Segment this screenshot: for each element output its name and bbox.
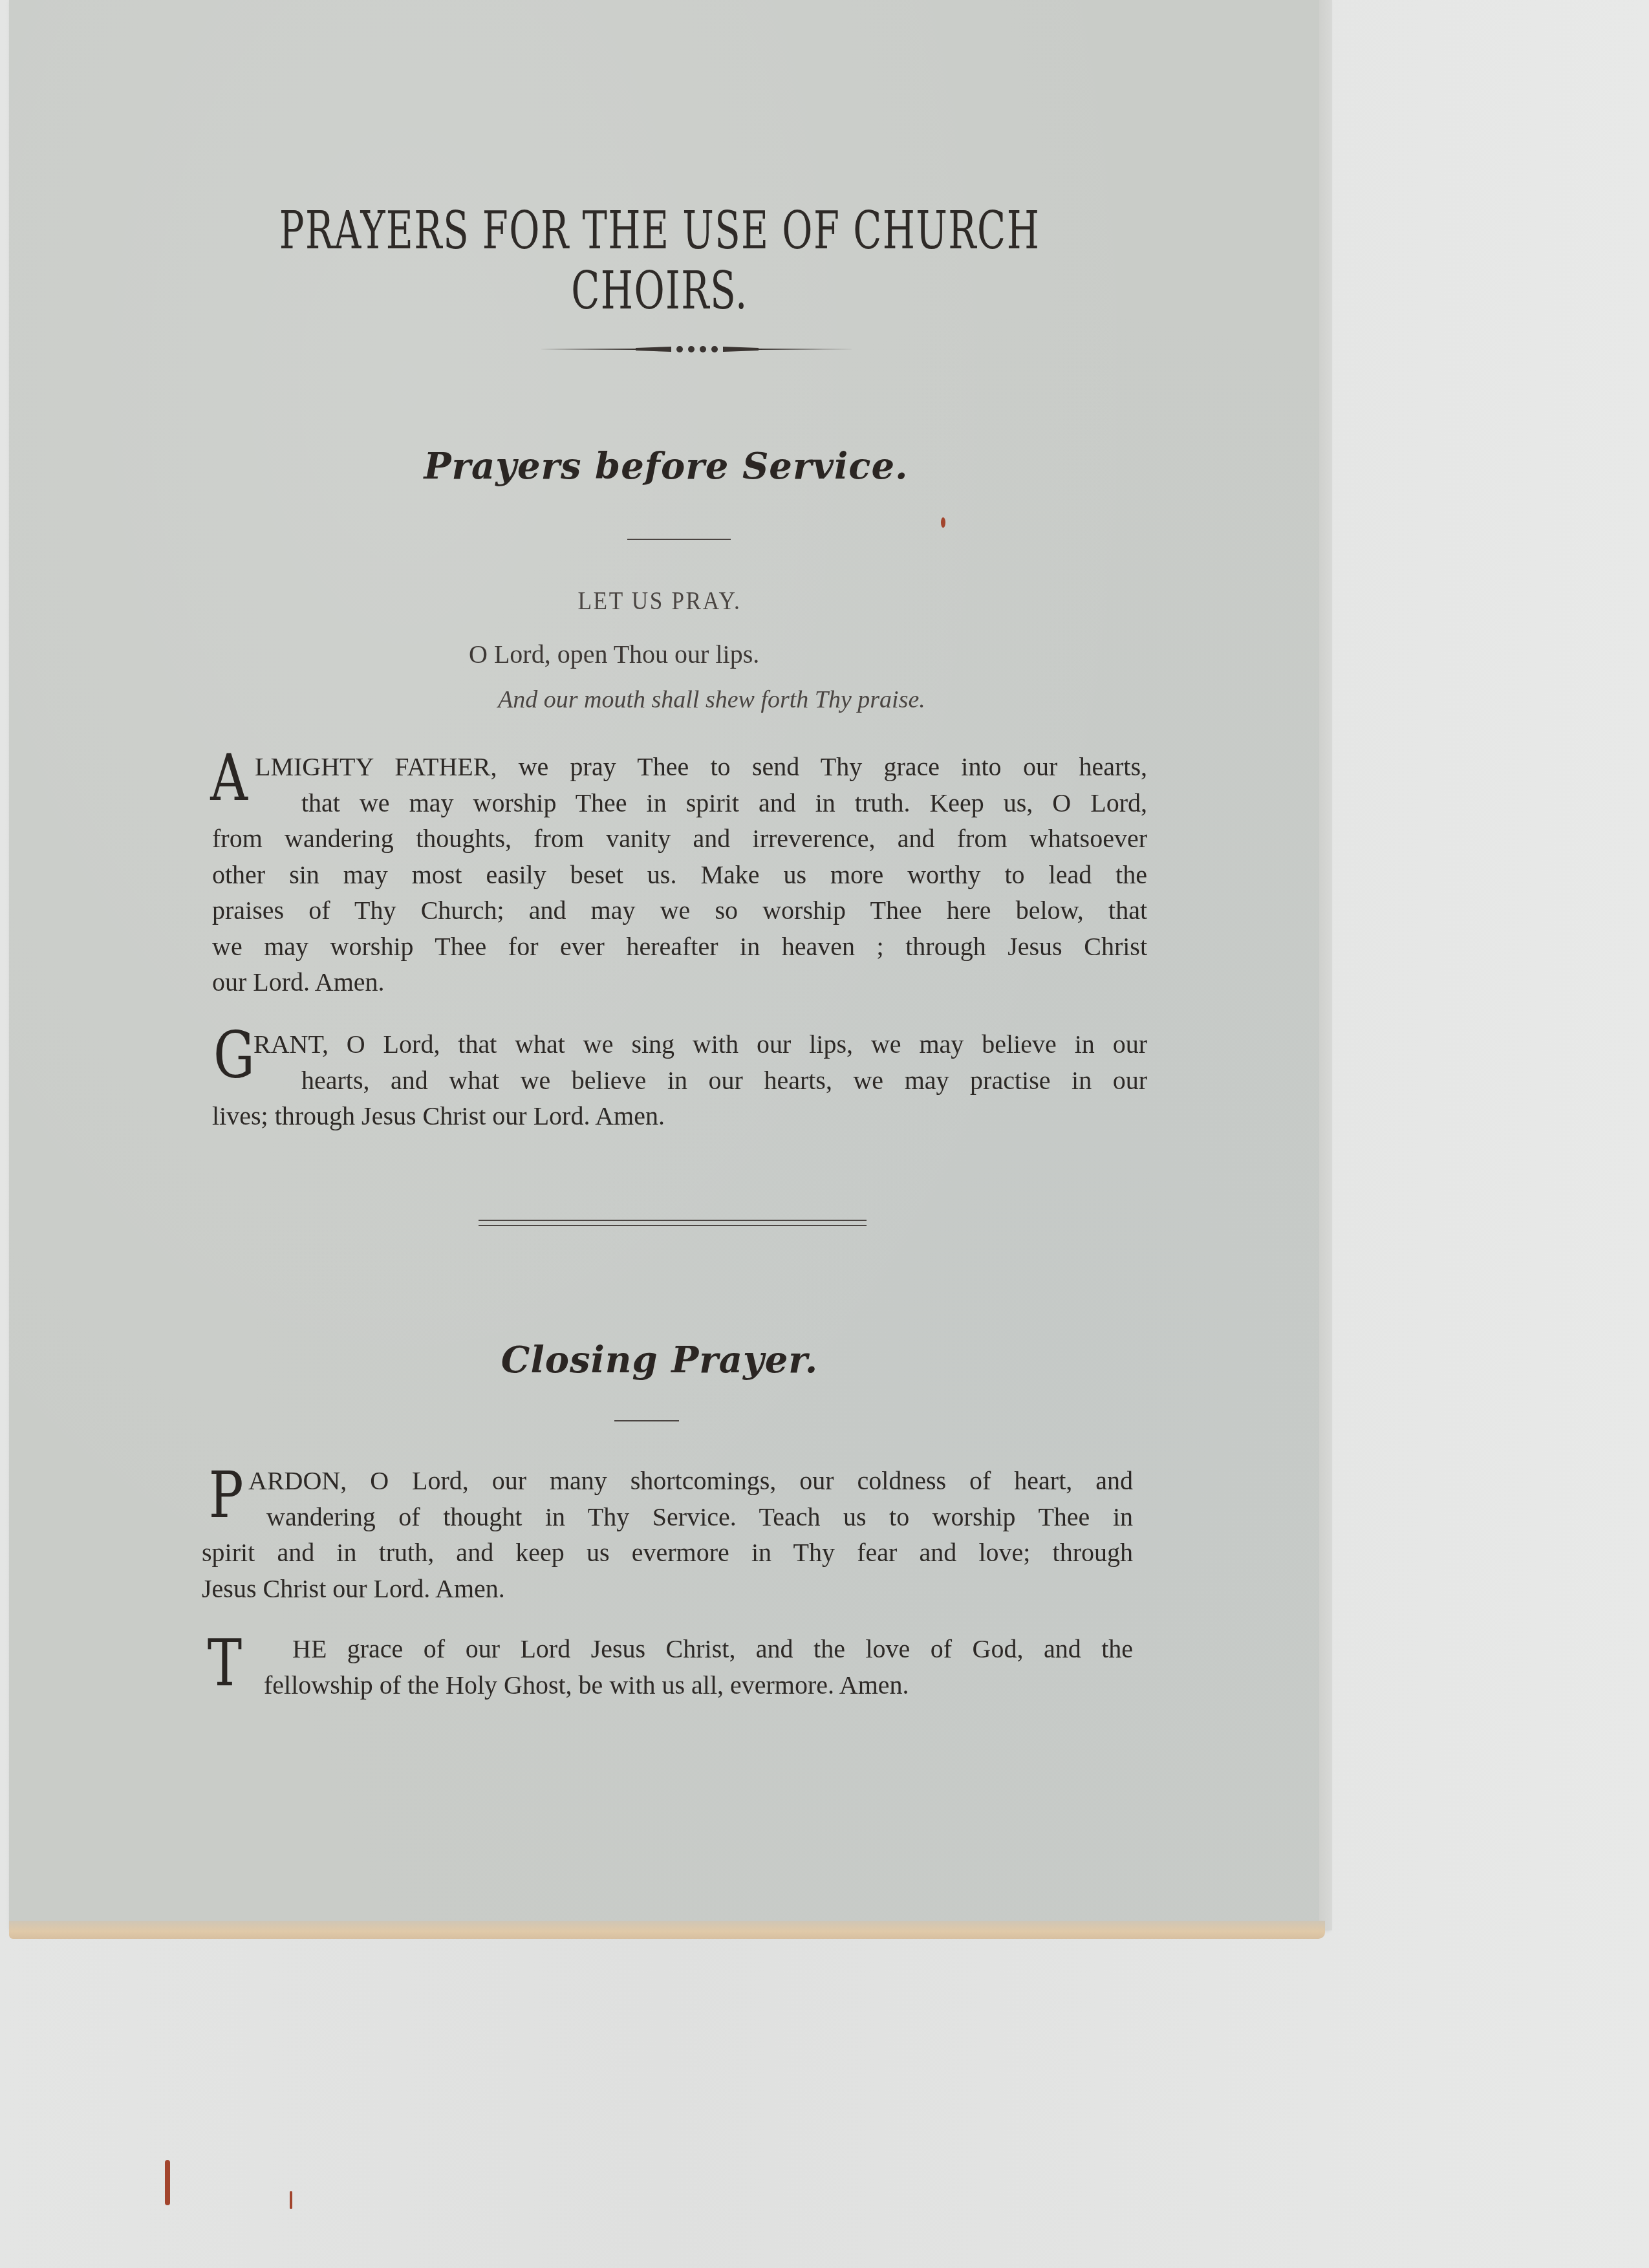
prayer-grant-o-lord: RANT, O Lord, that what we sing with our… <box>212 1026 1147 1134</box>
prayer-line: Jesus Christ our Lord. Amen. <box>202 1571 1133 1607</box>
ink-spot <box>941 517 945 528</box>
double-rule-divider <box>479 1220 867 1227</box>
section-heading-before-service: Prayers before Service. <box>6 445 1326 488</box>
prayer-line: HE grace of our Lord Jesus Christ, and t… <box>292 1631 1133 1667</box>
prayer-line: spirit and in truth, and keep us evermor… <box>202 1535 1133 1571</box>
section-rule <box>627 539 731 540</box>
prayer-line: our Lord. Amen. <box>212 964 1147 1000</box>
prayer-pardon: ARDON, O Lord, our many shortcomings, ou… <box>202 1463 1133 1606</box>
scan-debris <box>290 2191 292 2209</box>
prayer-line: other sin may most easily beset us. Make… <box>212 857 1147 893</box>
prayer-line: LMIGHTY FATHER, we pray Thee to send Thy… <box>255 749 1147 785</box>
prayer-line: praises of Thy Church; and may we so wor… <box>212 892 1147 929</box>
versicle-text: O Lord, open Thou our lips. <box>469 639 759 669</box>
section-heading-closing-prayer: Closing Prayer. <box>0 1339 1319 1381</box>
prayer-almighty-father: LMIGHTY FATHER, we pray Thee to send Thy… <box>212 749 1147 1000</box>
prayer-line: we may worship Thee for ever hereafter i… <box>212 929 1147 965</box>
section-rule <box>614 1420 679 1421</box>
scan-debris <box>165 2160 170 2205</box>
page-bottom-edge <box>9 1921 1325 1939</box>
invitation-text: LET US PRAY. <box>79 585 1240 616</box>
prayer-line: wandering of thought in Thy Service. Tea… <box>266 1499 1133 1535</box>
prayer-the-grace: HE grace of our Lord Jesus Christ, and t… <box>202 1631 1133 1703</box>
ornament-divider-icon <box>539 345 856 353</box>
prayer-line: fellowship of the Holy Ghost, be with us… <box>264 1667 1133 1703</box>
prayer-line: hearts, and what we believe in our heart… <box>301 1063 1147 1099</box>
page-title: PRAYERS FOR THE USE OF CHURCH CHOIRS. <box>185 200 1135 321</box>
prayer-line: ARDON, O Lord, our many shortcomings, ou… <box>248 1463 1133 1499</box>
prayer-line: that we may worship Thee in spirit and i… <box>301 785 1147 821</box>
prayer-line: RANT, O Lord, that what we sing with our… <box>253 1026 1147 1063</box>
prayer-line: lives; through Jesus Christ our Lord. Am… <box>212 1098 1147 1134</box>
prayer-line: from wandering thoughts, from vanity and… <box>212 821 1147 857</box>
page-fore-edge <box>1319 0 1332 1930</box>
response-text: And our mouth shall shew forth Thy prais… <box>498 686 925 714</box>
